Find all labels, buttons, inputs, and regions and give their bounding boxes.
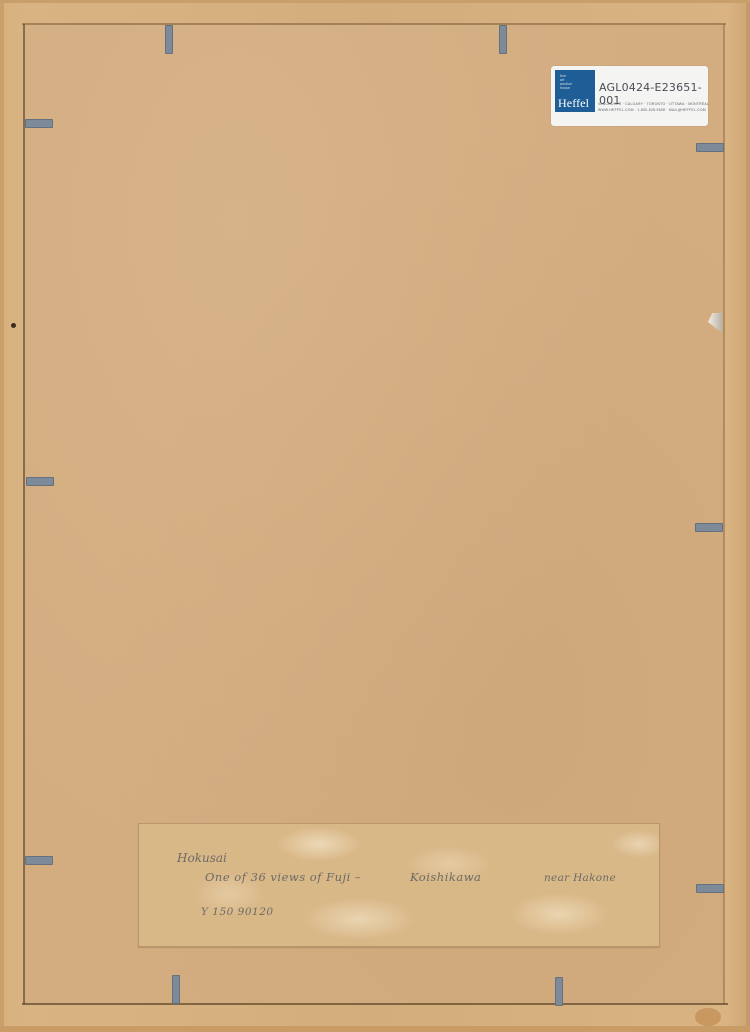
label-cities: VANCOUVER · CALGARY · TORONTO · OTTAWA ·… <box>598 102 709 106</box>
frame-edge-right <box>746 0 750 1032</box>
nail-hole <box>11 323 16 328</box>
logo-tagline: fine art auction house <box>560 74 572 90</box>
backing-seam-top <box>22 23 726 25</box>
corner-stain <box>695 1008 721 1026</box>
retaining-clip <box>172 975 180 1004</box>
label-contact: WWW.HEFFEL.COM · 1-800-528-9608 · MAIL@H… <box>598 108 706 112</box>
heffel-logo: fine art auction house Heffel <box>555 70 595 112</box>
retaining-clip <box>25 856 53 865</box>
note-title: One of 36 views of Fuji – <box>205 870 361 884</box>
retaining-clip <box>25 119 53 128</box>
note-artist: Hokusai <box>177 851 227 865</box>
retaining-clip <box>696 884 724 893</box>
note-near: near Hakone <box>544 872 616 884</box>
note-code: Y 150 90120 <box>201 906 274 918</box>
retaining-clip <box>555 977 563 1006</box>
note-location: Koishikawa <box>410 870 481 884</box>
frame-edge-left <box>0 0 4 1032</box>
retaining-clip <box>26 477 54 486</box>
heffel-inventory-label: fine art auction house Heffel AGL0424-E2… <box>551 66 708 126</box>
backing-seam-right <box>723 24 725 1004</box>
retaining-clip <box>165 25 173 54</box>
frame-edge-bottom <box>0 1026 750 1032</box>
backing-seam-bottom <box>22 1003 728 1005</box>
retaining-clip <box>695 523 723 532</box>
handwritten-note: Hokusai One of 36 views of Fuji – Koishi… <box>138 823 660 947</box>
retaining-clip <box>696 143 724 152</box>
logo-name: Heffel <box>558 96 589 111</box>
picture-frame: fine art auction house Heffel AGL0424-E2… <box>0 0 750 1032</box>
frame-edge-top <box>0 0 750 3</box>
retaining-clip <box>499 25 507 54</box>
